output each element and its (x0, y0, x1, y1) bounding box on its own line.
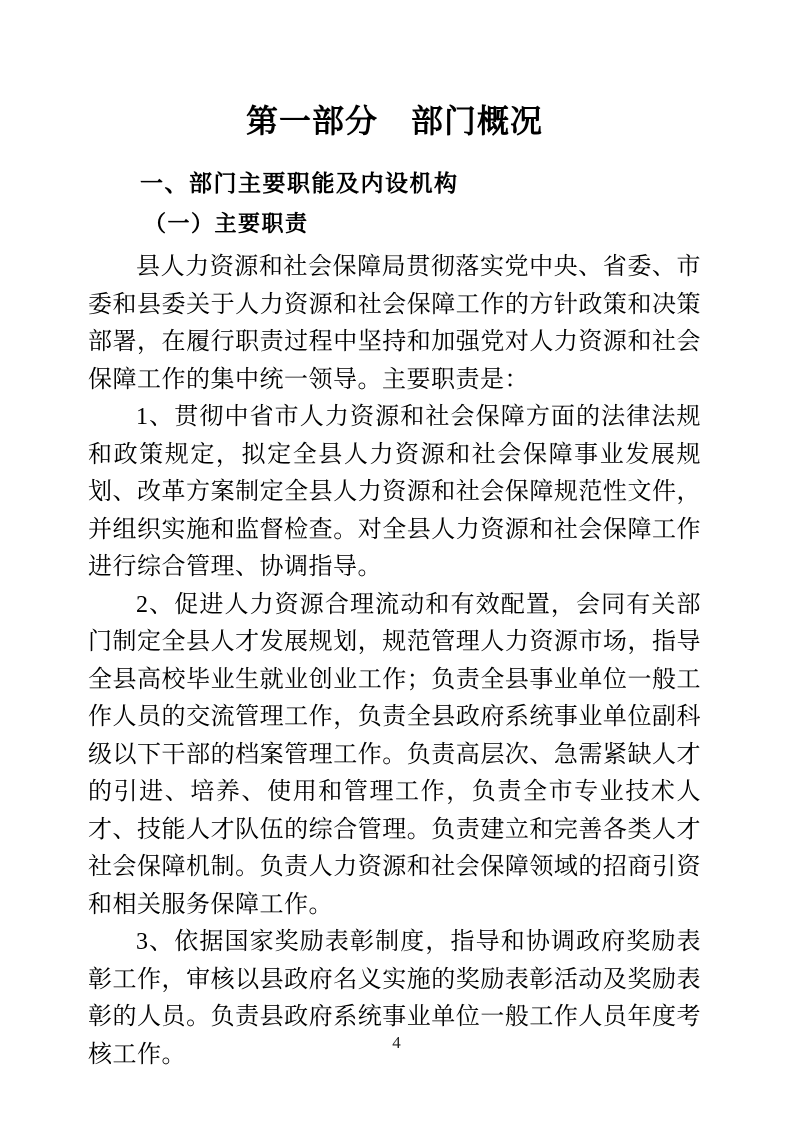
paragraph-duty-2: 2、促进人力资源合理流动和有效配置，会同有关部门制定全县人才发展规划，规范管理人… (88, 587, 701, 925)
subsection-heading: （一）主要职责 (88, 210, 701, 237)
page-number: 4 (0, 1033, 793, 1053)
body-text: 县人力资源和社会保障局贯彻落实党中央、省委、市委和县委关于人力资源和社会保障工作… (88, 249, 701, 1074)
paragraph-intro: 县人力资源和社会保障局贯彻落实党中央、省委、市委和县委关于人力资源和社会保障工作… (88, 249, 701, 399)
document-content: 第一部分 部门概况 一、部门主要职能及内设机构 （一）主要职责 县人力资源和社会… (88, 0, 701, 1074)
section-heading: 一、部门主要职能及内设机构 (88, 169, 701, 197)
page-title: 第一部分 部门概况 (88, 0, 701, 141)
paragraph-duty-1: 1、贯彻中省市人力资源和社会保障方面的法律法规和政策规定，拟定全县人力资源和社会… (88, 399, 701, 587)
document-page: 第一部分 部门概况 一、部门主要职能及内设机构 （一）主要职责 县人力资源和社会… (0, 0, 793, 1122)
